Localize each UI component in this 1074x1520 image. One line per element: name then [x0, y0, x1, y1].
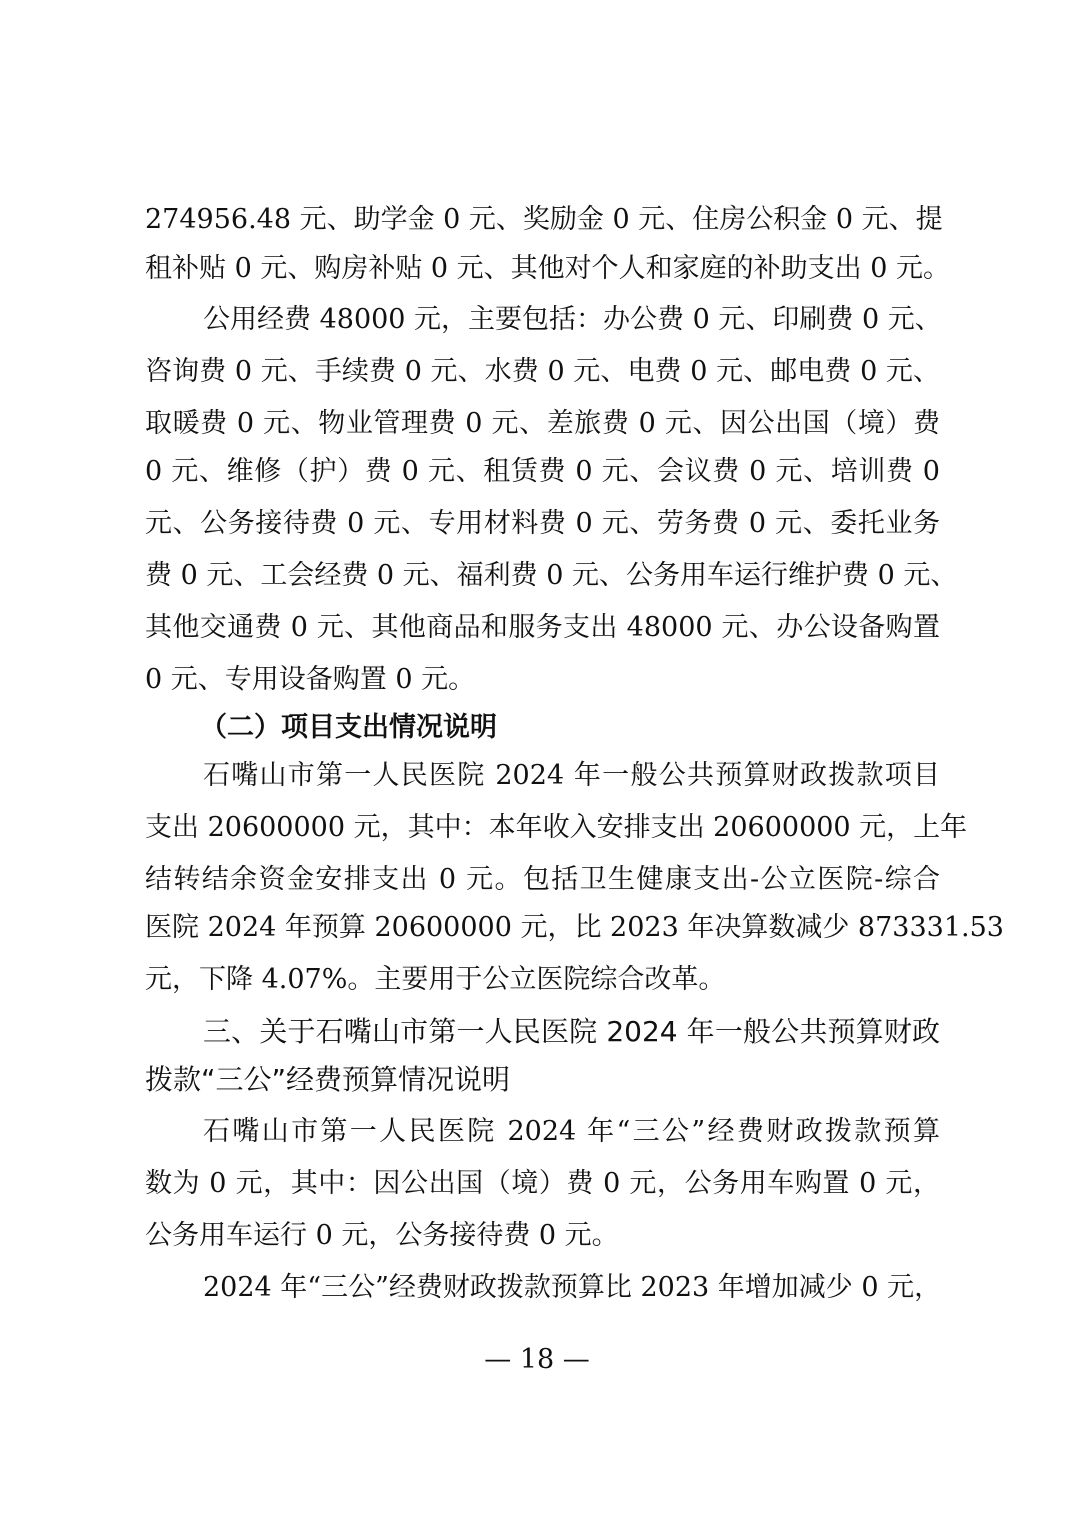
section-subheading: （二）项目支出情况说明 — [200, 708, 497, 748]
paragraph-line: 医院 2024 年预算 20600000 元，比 2023 年决算数减少 873… — [145, 908, 940, 948]
document-page: 274956.48 元、助学金 0 元、奖励金 0 元、住房公积金 0 元、提 … — [0, 0, 1074, 1520]
paragraph-line: 石嘴山市第一人民医院 2024 年一般公共预算财政拨款项目 — [203, 756, 940, 796]
paragraph-line: 元、公务接待费 0 元、专用材料费 0 元、劳务费 0 元、委托业务 — [145, 504, 940, 544]
paragraph-line: 274956.48 元、助学金 0 元、奖励金 0 元、住房公积金 0 元、提 — [145, 200, 940, 240]
paragraph-line: 租补贴 0 元、购房补贴 0 元、其他对个人和家庭的补助支出 0 元。 — [145, 249, 940, 289]
paragraph-line: 咨询费 0 元、手续费 0 元、水费 0 元、电费 0 元、邮电费 0 元、 — [145, 352, 940, 392]
paragraph-line: 石嘴山市第一人民医院 2024 年“三公”经费财政拨款预算 — [203, 1112, 940, 1152]
paragraph-line: 元，下降 4.07%。主要用于公立医院综合改革。 — [145, 960, 940, 1000]
paragraph-line: 支出 20600000 元，其中：本年收入安排支出 20600000 元，上年 — [145, 808, 940, 848]
paragraph-line: 取暖费 0 元、物业管理费 0 元、差旅费 0 元、因公出国（境）费 — [145, 404, 940, 444]
paragraph-line: 公务用车运行 0 元，公务接待费 0 元。 — [145, 1216, 940, 1256]
paragraph-line: 数为 0 元，其中：因公出国（境）费 0 元，公务用车购置 0 元， — [145, 1164, 940, 1204]
paragraph-line: 费 0 元、工会经费 0 元、福利费 0 元、公务用车运行维护费 0 元、 — [145, 556, 940, 596]
paragraph-line: 0 元、专用设备购置 0 元。 — [145, 660, 940, 700]
section-heading: 拨款“三公”经费预算情况说明 — [145, 1060, 510, 1100]
section-heading: 三、关于石嘴山市第一人民医院 2024 年一般公共预算财政 — [203, 1012, 940, 1052]
paragraph-line: 2024 年“三公”经费财政拨款预算比 2023 年增加减少 0 元， — [203, 1268, 940, 1308]
paragraph-line: 结转结余资金安排支出 0 元。包括卫生健康支出-公立医院-综合 — [145, 860, 940, 900]
paragraph-line: 公用经费 48000 元，主要包括：办公费 0 元、印刷费 0 元、 — [203, 300, 940, 340]
paragraph-line: 0 元、维修（护）费 0 元、租赁费 0 元、会议费 0 元、培训费 0 — [145, 452, 940, 492]
paragraph-line: 其他交通费 0 元、其他商品和服务支出 48000 元、办公设备购置 — [145, 608, 940, 648]
page-number: — 18 — — [0, 1340, 1074, 1380]
